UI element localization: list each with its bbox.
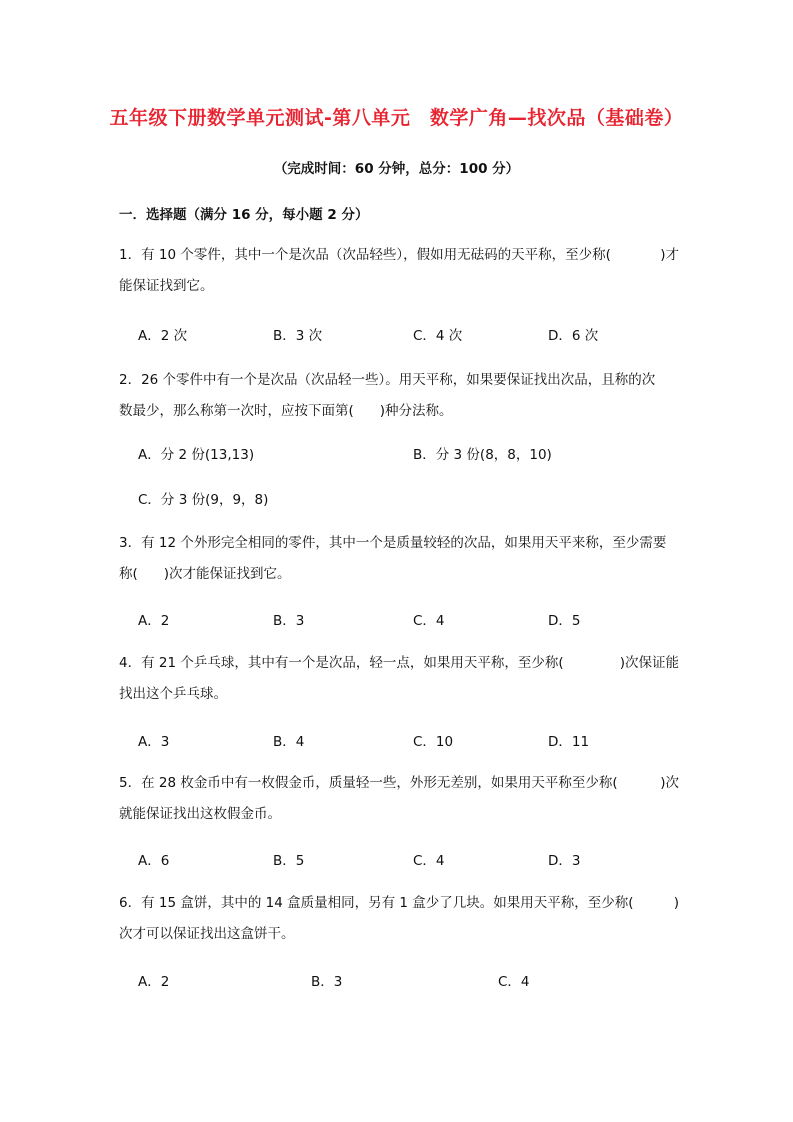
option-c[interactable]: C．4 次 bbox=[413, 324, 462, 344]
question-6-options: A．2 B．3 C．4 bbox=[138, 970, 698, 990]
option-b[interactable]: B．3 bbox=[273, 609, 304, 629]
question-2-options-row-1: A．分 2 份(13,13) B．分 3 份(8，8，10) bbox=[138, 443, 698, 463]
option-a[interactable]: A．6 bbox=[138, 849, 169, 869]
option-a[interactable]: A．3 bbox=[138, 730, 169, 750]
question-3-options: A．2 B．3 C．4 D．5 bbox=[138, 609, 698, 629]
question-1-options: A．2 次 B．3 次 C．4 次 D．6 次 bbox=[138, 324, 698, 344]
option-c[interactable]: C．10 bbox=[413, 730, 453, 750]
option-d[interactable]: D．6 次 bbox=[548, 324, 598, 344]
question-2-options-row-2: C．分 3 份(9，9，8) bbox=[138, 488, 698, 508]
option-b[interactable]: B．分 3 份(8，8，10) bbox=[413, 443, 552, 463]
question-2-line-1: 2．26 个零件中有一个是次品（次品轻一些）。用天平称，如果要保证找出次品，且称… bbox=[119, 365, 679, 396]
option-d[interactable]: D．11 bbox=[548, 730, 589, 750]
option-b[interactable]: B．4 bbox=[273, 730, 304, 750]
option-c[interactable]: C．4 bbox=[413, 849, 445, 869]
question-2-line-2: 数最少，那么称第一次时，应按下面第()种分法称。 bbox=[119, 396, 679, 427]
option-a[interactable]: A．2 次 bbox=[138, 324, 187, 344]
question-6-line-1: 6．有 15 盒饼，其中的 14 盒质量相同，另有 1 盒少了几块。如果用天平称… bbox=[119, 888, 679, 919]
question-5: 5．在 28 枚金币中有一枚假金币，质量轻一些，外形无差别，如果用天平称至少称(… bbox=[119, 768, 679, 830]
question-5-line-2: 就能保证找出这枚假金币。 bbox=[119, 799, 679, 830]
option-c[interactable]: C．分 3 份(9，9，8) bbox=[138, 488, 268, 508]
document-page: 五年级下册数学单元测试-第八单元 数学广角—找次品（基础卷） （完成时间：60 … bbox=[0, 0, 793, 1122]
question-3-line-2: 称()次才能保证找到它。 bbox=[119, 559, 679, 590]
question-3-line-1: 3．有 12 个外形完全相同的零件，其中一个是质量较轻的次品，如果用天平来称，至… bbox=[119, 528, 679, 559]
option-b[interactable]: B．3 bbox=[311, 970, 342, 990]
option-a[interactable]: A．2 bbox=[138, 609, 169, 629]
option-a[interactable]: A．分 2 份(13,13) bbox=[138, 443, 254, 463]
question-2: 2．26 个零件中有一个是次品（次品轻一些）。用天平称，如果要保证找出次品，且称… bbox=[119, 365, 679, 427]
question-5-options: A．6 B．5 C．4 D．3 bbox=[138, 849, 698, 869]
question-4: 4．有 21 个乒乓球，其中有一个是次品，轻一点，如果用天平称，至少称()次保证… bbox=[119, 648, 679, 710]
option-c[interactable]: C．4 bbox=[498, 970, 530, 990]
option-d[interactable]: D．5 bbox=[548, 609, 580, 629]
question-3: 3．有 12 个外形完全相同的零件，其中一个是质量较轻的次品，如果用天平来称，至… bbox=[119, 528, 679, 590]
option-a[interactable]: A．2 bbox=[138, 970, 169, 990]
option-d[interactable]: D．3 bbox=[548, 849, 580, 869]
option-c[interactable]: C．4 bbox=[413, 609, 445, 629]
question-4-options: A．3 B．4 C．10 D．11 bbox=[138, 730, 698, 750]
option-b[interactable]: B．5 bbox=[273, 849, 304, 869]
question-1-line-2: 能保证找到它。 bbox=[119, 271, 679, 302]
question-4-line-1: 4．有 21 个乒乓球，其中有一个是次品，轻一点，如果用天平称，至少称()次保证… bbox=[119, 648, 679, 679]
document-title: 五年级下册数学单元测试-第八单元 数学广角—找次品（基础卷） bbox=[0, 103, 793, 130]
option-b[interactable]: B．3 次 bbox=[273, 324, 322, 344]
document-subtitle: （完成时间：60 分钟，总分：100 分） bbox=[0, 157, 793, 177]
question-5-line-1: 5．在 28 枚金币中有一枚假金币，质量轻一些，外形无差别，如果用天平称至少称(… bbox=[119, 768, 679, 799]
question-1: 1．有 10 个零件，其中一个是次品（次品轻些），假如用无砝码的天平称，至少称(… bbox=[119, 240, 679, 302]
question-6: 6．有 15 盒饼，其中的 14 盒质量相同，另有 1 盒少了几块。如果用天平称… bbox=[119, 888, 679, 950]
question-1-line-1: 1．有 10 个零件，其中一个是次品（次品轻些），假如用无砝码的天平称，至少称(… bbox=[119, 240, 679, 271]
question-6-line-2: 次才可以保证找出这盒饼干。 bbox=[119, 919, 679, 950]
section-heading: 一．选择题（满分 16 分，每小题 2 分） bbox=[119, 203, 368, 223]
question-4-line-2: 找出这个乒乓球。 bbox=[119, 679, 679, 710]
